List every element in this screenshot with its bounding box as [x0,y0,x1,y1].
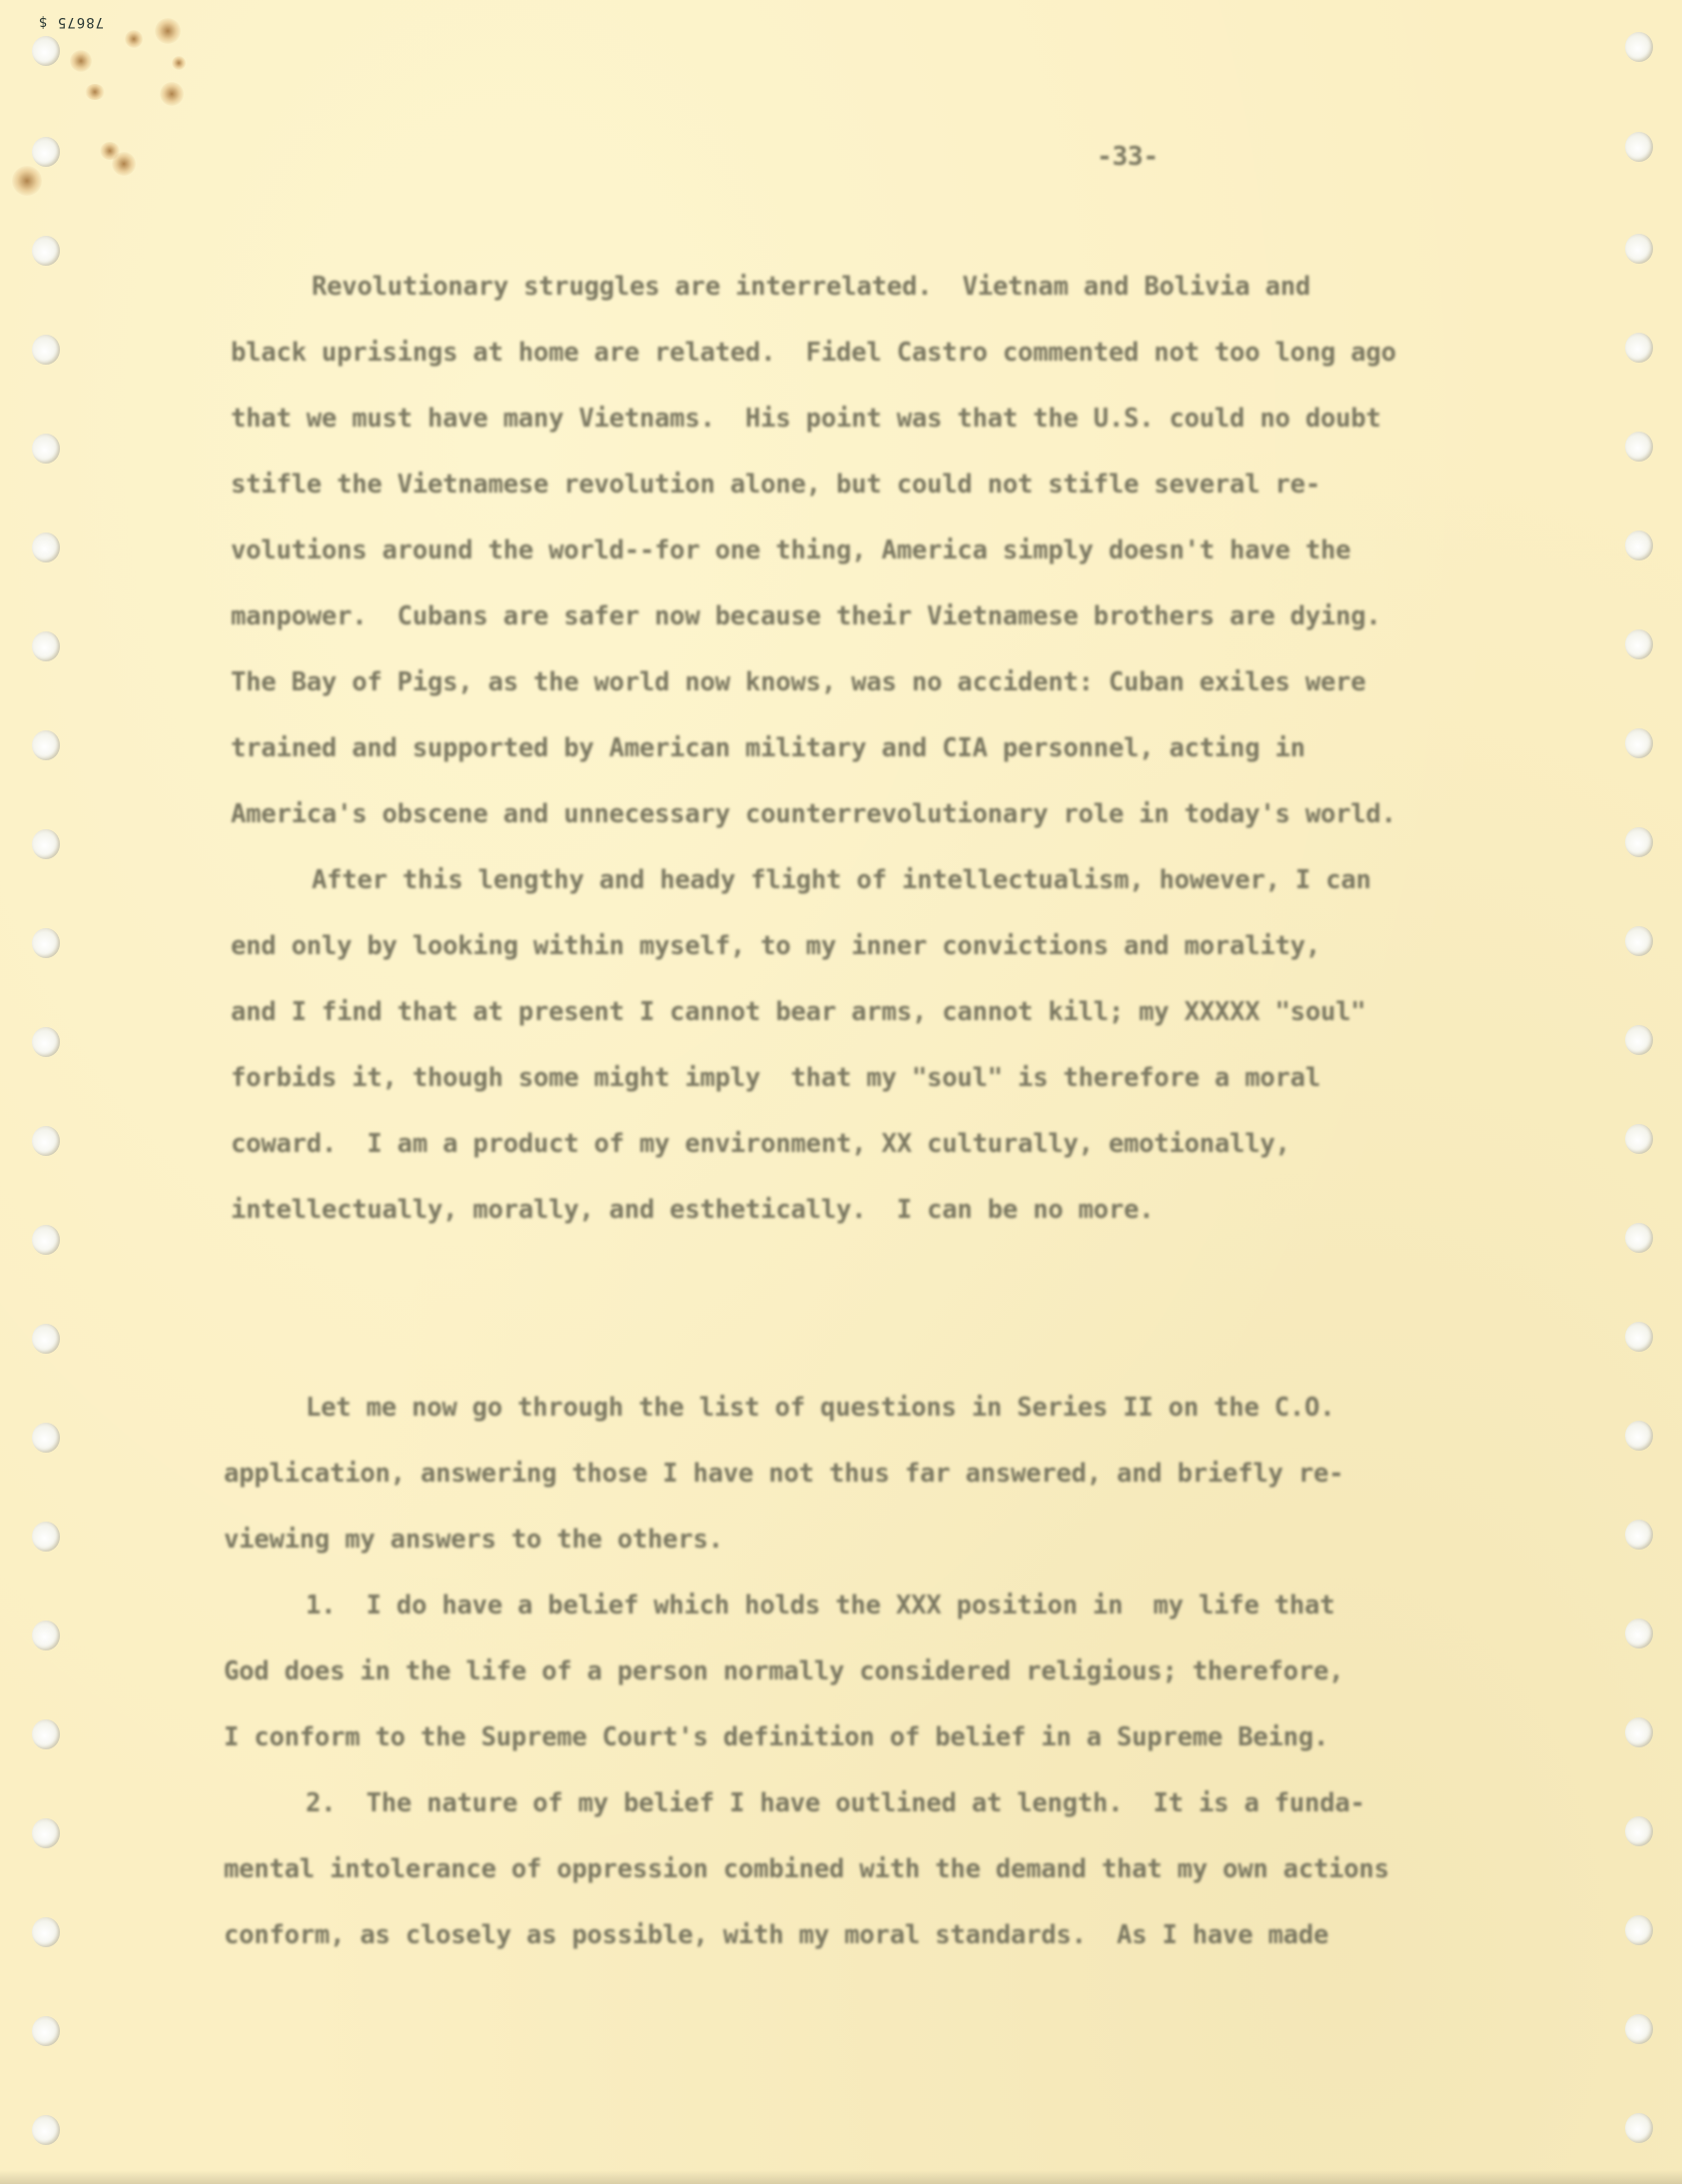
punch-hole-icon [32,533,60,562]
text-line: God does in the life of a person normall… [224,1656,1343,1686]
punch-hole-icon [1625,1322,1653,1352]
punch-hole-icon [1625,827,1653,857]
punch-hole-icon [32,1324,60,1354]
punch-hole-icon [1625,1619,1653,1648]
text-line: manpower. Cubans are safer now because t… [231,601,1381,631]
punch-hole-icon [32,434,60,464]
typed-page: ​ 78675 $ -33- [0,0,1682,2184]
text-line: intellectually, morally, and estheticall… [231,1195,1154,1225]
text-line: America's obscene and unnecessary counte… [231,799,1396,829]
punch-hole-icon [32,36,60,66]
punch-hole-icon [1625,1520,1653,1550]
text-line: Let me now go through the list of questi… [306,1393,1334,1423]
punch-hole-icon [32,1027,60,1057]
text-line: conform, as closely as possible, with my… [224,1920,1328,1950]
punch-hole-icon [32,1917,60,1947]
archive-stamp: 78675 $ [38,14,104,30]
punch-hole-icon [1625,629,1653,659]
rust-stain [70,50,92,72]
punch-hole-icon [32,236,60,266]
punch-hole-icon [32,137,60,167]
punch-hole-icon [1625,1717,1653,1747]
text-line: stifle the Vietnamese revolution alone, … [231,470,1320,500]
punch-hole-icon [32,928,60,958]
punch-hole-icon [1625,2014,1653,2044]
punch-hole-icon [32,1126,60,1156]
text-line: 2. The nature of my belief I have outlin… [306,1788,1365,1818]
rust-stain [85,84,105,100]
punch-hole-icon [32,1719,60,1749]
punch-hole-icon [1625,234,1653,264]
text-line: and I find that at present I cannot bear… [231,997,1365,1027]
text-line: After this lengthy and heady flight of i… [312,865,1371,895]
page-number: -33- [1097,142,1159,172]
punch-hole-icon [1625,2113,1653,2143]
punch-hole-icon [32,2016,60,2046]
text-line: volutions around the world--for one thin… [231,536,1350,565]
punch-hole-icon [32,1522,60,1552]
rust-stain [12,166,42,196]
punch-hole-icon [1625,333,1653,363]
text-line: I conform to the Supreme Court's definit… [224,1722,1328,1752]
text-line: The Bay of Pigs, as the world now knows,… [231,667,1365,697]
text-line: viewing my answers to the others. [224,1525,723,1555]
punch-hole-icon [1625,1816,1653,1846]
text-line: application, answering those I have not … [224,1459,1343,1489]
punch-hole-icon [32,1423,60,1453]
punch-hole-icon [1625,132,1653,162]
rust-stain [112,152,136,176]
punch-hole-icon [1625,1223,1653,1253]
punch-hole-icon [32,335,60,365]
punch-hole-icon [1625,1421,1653,1451]
rust-stain [160,82,184,106]
punch-hole-icon [32,631,60,661]
text-line: black uprisings at home are related. Fid… [231,338,1396,368]
rust-stain [125,30,143,48]
text-line: end only by looking within myself, to my… [231,931,1320,961]
torn-bottom-edge [0,2170,1682,2184]
punch-hole-icon [32,1225,60,1255]
text-line: Revolutionary struggles are interrelated… [312,272,1310,302]
punch-hole-icon [32,2115,60,2145]
punch-hole-icon [1625,1915,1653,1945]
text-line: that we must have many Vietnams. His poi… [231,404,1381,434]
text-line: 1. I do have a belief which holds the XX… [306,1591,1334,1621]
punch-hole-icon [1625,926,1653,956]
text-line: coward. I am a product of my environment… [231,1129,1290,1159]
punch-hole-icon [32,1621,60,1650]
punch-hole-icon [1625,728,1653,758]
rust-stain [172,56,186,70]
text-line: mental intolerance of oppression combine… [224,1854,1389,1884]
punch-hole-icon [1625,1025,1653,1055]
punch-hole-icon [1625,432,1653,462]
punch-hole-icon [32,829,60,859]
punch-hole-icon [1625,531,1653,560]
text-line: forbids it, though some might imply that… [231,1063,1320,1093]
punch-hole-icon [1625,32,1653,62]
text-line: trained and supported by American milita… [231,733,1305,763]
punch-hole-icon [1625,1124,1653,1154]
rust-stain [155,18,181,44]
punch-hole-icon [32,1818,60,1848]
punch-hole-icon [32,730,60,760]
